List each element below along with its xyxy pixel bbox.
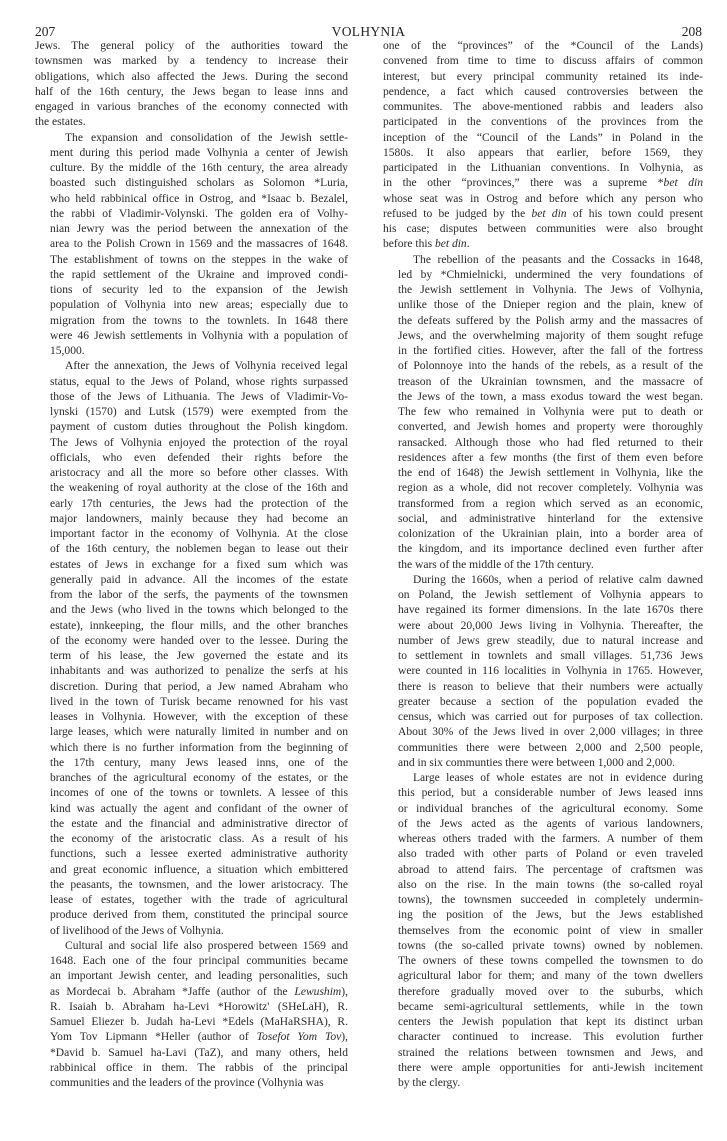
text-line: half of the 16th century, the Jews began…	[35, 85, 348, 100]
text-line: townsmen was marked by a tendency to inc…	[35, 54, 348, 69]
text-line: as Mordecai b. Abraham *Jaffe (author of…	[35, 985, 348, 1000]
text-line: estates of Jews in exchange for a fixed …	[35, 558, 348, 573]
text-line: leases in Volhynia. However, with the ex…	[35, 710, 348, 725]
paragraph: Jews. The general policy of the authorit…	[35, 39, 348, 131]
text-line: produce derived from them, constituted t…	[35, 908, 348, 923]
text-line: the Jews of the town, a mass exodus towa…	[383, 390, 703, 405]
text-line: the defeats suffered by the Polish army …	[383, 314, 703, 329]
text-line: the weakening of royal authority at the …	[35, 481, 348, 496]
text-line: generally paid in advance. All the incom…	[35, 573, 348, 588]
paragraph: Cultural and social life also prospered …	[35, 939, 348, 1092]
text-line: participated in the conventions of the p…	[383, 115, 703, 130]
text-line: or individual branches of the agricultur…	[383, 802, 703, 817]
text-line: ing the position of the Jews, but the Je…	[383, 908, 703, 923]
text-line: centers the Jewish population that kept …	[383, 1015, 703, 1030]
text-line: in the other “provinces,” there was a su…	[383, 176, 703, 191]
text-line: migration from the towns to the townlets…	[35, 314, 348, 329]
text-line: tions of security led to the expansion o…	[35, 283, 348, 298]
text-line: 1580s. It also appears that earlier, bef…	[383, 146, 703, 161]
text-line: communities and the leaders of the provi…	[35, 1076, 348, 1091]
text-line: branches of the agricultural economy of …	[35, 771, 348, 786]
text-line: colonization of the Ukrainian plain, int…	[383, 527, 703, 542]
text-line: 15,000.	[35, 344, 348, 359]
text-line: major landowners, mainly because they ha…	[35, 512, 348, 527]
text-line: agricultural labor for them; and many of…	[383, 969, 703, 984]
text-line: interest, but every principal community …	[383, 70, 703, 85]
text-line: before this bet din.	[383, 237, 703, 252]
text-line: the economy of the aristocratic class. A…	[35, 832, 348, 847]
text-line: inhabitants and was authorized to penali…	[35, 664, 348, 679]
text-line: lease of estates, together with the trad…	[35, 893, 348, 908]
text-line: large leases, which were naturally limit…	[35, 725, 348, 740]
text-line: became semi-agricultural settlements, wh…	[383, 1000, 703, 1015]
text-line: ransacked. Although those who had fled r…	[383, 436, 703, 451]
text-line: an important Jewish center, and leading …	[35, 969, 348, 984]
text-line: Cultural and social life also prospered …	[35, 939, 348, 954]
text-line: payment of custom duties throughout the …	[35, 420, 348, 435]
text-line: culture. By the middle of the 16th centu…	[35, 161, 348, 176]
text-line: estate), innkeeping, the flour mills, an…	[35, 619, 348, 634]
text-line: also traded with other parts of Poland o…	[383, 847, 703, 862]
text-line: The rebellion of the peasants and the Co…	[383, 253, 703, 268]
text-line: of the economy were handed over to the l…	[35, 634, 348, 649]
text-line: The expansion and consolidation of the J…	[35, 131, 348, 146]
text-line: in the fortified cities. However, after …	[383, 344, 703, 359]
text-line: and in six communties there were between…	[383, 756, 703, 771]
text-line: boasted such distinguished scholars as S…	[35, 176, 348, 191]
text-line: status, equal to the Jews of Poland, who…	[35, 375, 348, 390]
text-line: social, and administrative hinterland fo…	[383, 512, 703, 527]
text-line: the wars of the middle of the 17th centu…	[383, 558, 703, 573]
text-line: led by *Chmielnicki, undermined the very…	[383, 268, 703, 283]
text-line: who held rabbinical office in Ostrog, an…	[35, 192, 348, 207]
text-line: discretion. During that period, a Jew na…	[35, 680, 348, 695]
text-line: those of the Jews of Lithuania. The Jews…	[35, 390, 348, 405]
text-line: region as a whole, did not recover compl…	[383, 481, 703, 496]
text-line: and great economic influence, a situatio…	[35, 863, 348, 878]
text-line: towns (the so-called private towns) owne…	[383, 939, 703, 954]
text-line: whose seat was in Ostrog and before whic…	[383, 192, 703, 207]
paragraph: The expansion and consolidation of the J…	[35, 131, 348, 360]
text-line: obligations, which also affected the Jew…	[35, 70, 348, 85]
text-line: were about 20,000 Jews living in Volhyni…	[383, 619, 703, 634]
text-line: Yom Tov Lipmann *Heller (author of Tosef…	[35, 1030, 348, 1045]
text-line: of livelihood of the Jews of Volhynia.	[35, 924, 348, 939]
text-line: converted, and Jewish homes and property…	[383, 420, 703, 435]
text-line: Large leases of whole estates are not in…	[383, 771, 703, 786]
text-line: transformed from a region which served a…	[383, 497, 703, 512]
text-line: The few who remained in Volhynia were pu…	[383, 405, 703, 420]
text-line: the rapid settlement of the Ukraine and …	[35, 268, 348, 283]
text-line: the peasants, the townsmen, and the lowe…	[35, 878, 348, 893]
right-column: one of the “provinces” of the *Council o…	[383, 39, 703, 1091]
text-line: whereas others traded with the farmers. …	[383, 832, 703, 847]
text-line: area to the Polish Crown in 1569 and the…	[35, 237, 348, 252]
text-line: also on the rise. In the main towns (the…	[383, 878, 703, 893]
paragraph: Large leases of whole estates are not in…	[383, 771, 703, 1091]
text-line: which there is no further information fr…	[35, 741, 348, 756]
text-line: Samuel Eliezer b. Judah ha-Levi *Edels (…	[35, 1015, 348, 1030]
text-line: the 17th century, many Jews leased inns,…	[35, 756, 348, 771]
text-line: residences after a few months (the first…	[383, 451, 703, 466]
text-line: and the Jews (who lived in the towns whi…	[35, 603, 348, 618]
text-line: *David b. Samuel ha-Lavi (TaZ), and many…	[35, 1046, 348, 1061]
paragraph: During the 1660s, when a period of relat…	[383, 573, 703, 771]
left-column: Jews. The general policy of the authorit…	[35, 39, 348, 1091]
text-line: During the 1660s, when a period of relat…	[383, 573, 703, 588]
text-line: of the 16th century, the noblemen began …	[35, 542, 348, 557]
text-line: communities there were between 2,000 and…	[383, 741, 703, 756]
text-line: one of the “provinces” of the *Council o…	[383, 39, 703, 54]
text-line: pendence, a fact which caused controvers…	[383, 85, 703, 100]
text-line: towns), the townsmen succeeded in comple…	[383, 893, 703, 908]
page-number-right: 208	[682, 24, 702, 40]
text-line: themselves from the economic point of vi…	[383, 924, 703, 939]
text-line: unlike those of the Dnieper region and t…	[383, 298, 703, 313]
text-line: treason of the Ukrainian townsmen, and t…	[383, 375, 703, 390]
text-line: important factor in the economy of Volhy…	[35, 527, 348, 542]
text-line: were counted in 116 localities in Volhyn…	[383, 664, 703, 679]
text-line: his case; disputes between communities w…	[383, 222, 703, 237]
text-line: participated in the Lithuanian conventio…	[383, 161, 703, 176]
text-line: kind was actually the agent and confidan…	[35, 802, 348, 817]
text-line: engaged in various branches of the econo…	[35, 100, 348, 115]
paragraph: one of the “provinces” of the *Council o…	[383, 39, 703, 253]
text-line: there is reason to believe that their nu…	[383, 680, 703, 695]
text-line: character continued to increase. This ev…	[383, 1030, 703, 1045]
text-line: term of his lease, the Jew governed the …	[35, 649, 348, 664]
text-line: aristocracy and all the more so before o…	[35, 466, 348, 481]
text-line: inception of the “Council of the Lands” …	[383, 131, 703, 146]
text-line: Jews, and the overwhelming majority of t…	[383, 329, 703, 344]
text-line: ment during this period made Volhynia a …	[35, 146, 348, 161]
text-line: have regained its former dimensions. In …	[383, 603, 703, 618]
text-line: on Poland, the Jewish settlement of Volh…	[383, 588, 703, 603]
text-line: the kingdom, and its importance declined…	[383, 542, 703, 557]
text-line: there were ample opportunities for anti-…	[383, 1061, 703, 1076]
text-line: The Jews of Volhynia enjoyed the protect…	[35, 436, 348, 451]
text-line: The establishment of towns on the steppe…	[35, 253, 348, 268]
text-line: incomes of one of the towns or townlets.…	[35, 786, 348, 801]
text-line: therefore gradually moved over to the su…	[383, 985, 703, 1000]
text-line: this period, but a considerable number o…	[383, 786, 703, 801]
text-line: of Polonnoye into the hands of the rebel…	[383, 359, 703, 374]
text-line: After the annexation, the Jews of Volhyn…	[35, 359, 348, 374]
text-line: officials, who even defended their right…	[35, 451, 348, 466]
text-line: rabbinical office in them. The rabbis of…	[35, 1061, 348, 1076]
text-line: lived in the town of Turisk became renow…	[35, 695, 348, 710]
text-line: were 46 Jewish settlements in Volhynia w…	[35, 329, 348, 344]
text-line: the Jewish settlement in Volhynia. The J…	[383, 283, 703, 298]
text-line: refused to be judged by the bet din of h…	[383, 207, 703, 222]
text-line: lynski (1570) and Lutsk (1579) were exem…	[35, 405, 348, 420]
text-line: convened from time to time to discuss af…	[383, 54, 703, 69]
running-title: VOLHYNIA	[35, 24, 702, 40]
text-line: of the Jews acted as the agents of vario…	[383, 817, 703, 832]
text-line: functions, such a lessee exerted adminis…	[35, 847, 348, 862]
text-line: population of Volhynia into new areas; e…	[35, 298, 348, 313]
text-line: by the clergy.	[383, 1076, 703, 1091]
text-line: abroad to attend fairs. The percentage o…	[383, 863, 703, 878]
text-line: nian Jewry was the period between the an…	[35, 222, 348, 237]
text-line: 1648. Each one of the four principal com…	[35, 954, 348, 969]
paragraph: The rebellion of the peasants and the Co…	[383, 253, 703, 573]
text-line: Jews. The general policy of the authorit…	[35, 39, 348, 54]
text-line: to settlement in townlets and small vill…	[383, 649, 703, 664]
text-line: communites. The above-mentioned rabbis a…	[383, 100, 703, 115]
text-line: R. Isaiah b. Abraham ha-Levi *Horowitz' …	[35, 1000, 348, 1015]
text-line: strained the relations between townsmen …	[383, 1046, 703, 1061]
text-line: the estates.	[35, 115, 348, 130]
text-line: from the labor of the serfs, the payment…	[35, 588, 348, 603]
text-line: the rabbi of Vladimir-Volynski. The gold…	[35, 207, 348, 222]
text-line: the estate and the financial and adminis…	[35, 817, 348, 832]
text-line: early 17th centuries, the Jews had the p…	[35, 497, 348, 512]
text-line: The owners of these towns compelled the …	[383, 954, 703, 969]
text-line: census, which was carried out for purpos…	[383, 710, 703, 725]
text-line: greater because a section of the populat…	[383, 695, 703, 710]
text-line: the end of 1648) the Jewish settlement i…	[383, 466, 703, 481]
text-line: number of Jews grew steadily, due to nat…	[383, 634, 703, 649]
text-line: About 30% of the Jews lived in over 2,00…	[383, 725, 703, 740]
paragraph: After the annexation, the Jews of Volhyn…	[35, 359, 348, 939]
